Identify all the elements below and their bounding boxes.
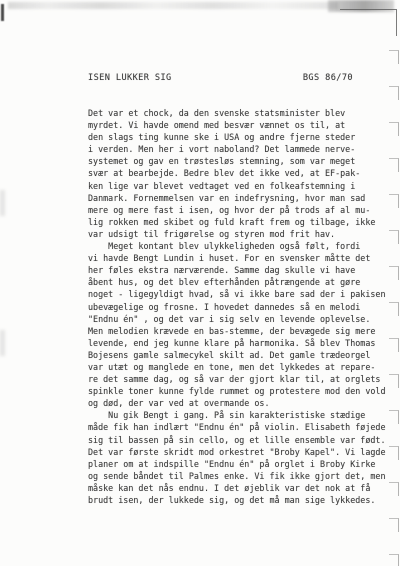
binding-mark: [389, 50, 399, 64]
binding-mark: [389, 554, 399, 566]
scan-tick-left: [1, 4, 4, 21]
document-title: ISEN LUKKER SIG: [88, 73, 172, 83]
binding-mark: [389, 518, 399, 532]
page-header: ISEN LUKKER SIG BGS 86/70: [88, 73, 353, 83]
scan-smudge-left: [0, 190, 5, 216]
binding-mark: [389, 86, 399, 100]
corner-mark-top-right: [340, 9, 397, 36]
scan-streak-top: [8, 2, 338, 9]
document-page: ISEN LUKKER SIG BGS 86/70 Det var et cho…: [0, 0, 400, 566]
body-text: Det var et chock, da den svenske statsmi…: [88, 107, 394, 506]
document-reference: BGS 86/70: [303, 73, 353, 83]
scan-smudge-left: [0, 330, 5, 356]
